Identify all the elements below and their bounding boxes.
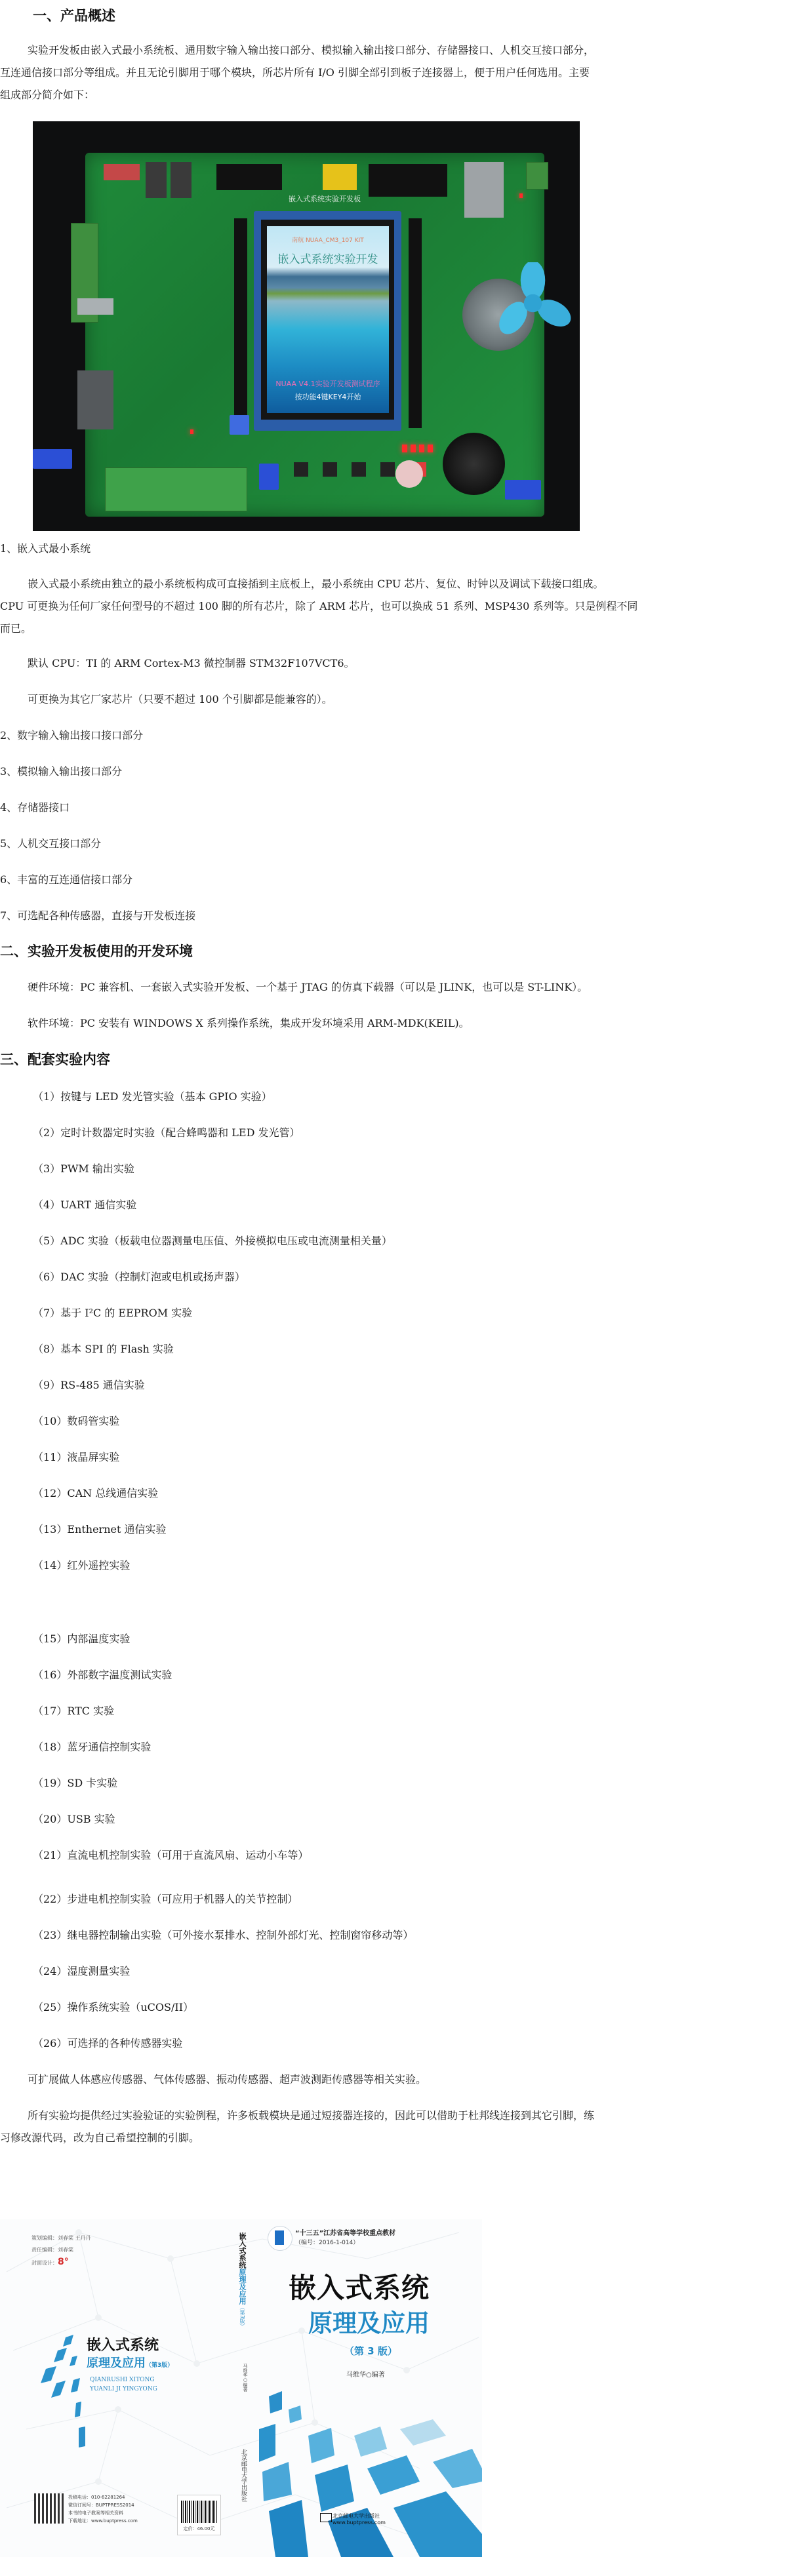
min-system-line-1: 嵌入式最小系统由独立的最小系统板构成可直接插到主底板上，最小系统由 CPU 芯片… — [28, 573, 603, 595]
editor-responsible: 责任编辑：刘春棠 — [31, 2244, 91, 2256]
spine-title-black: 嵌入式系统 — [237, 2232, 247, 2269]
back-subtitle-text: 原理及应用 — [87, 2356, 146, 2370]
power-led — [190, 429, 193, 434]
publisher-name: 北京邮电大学出版社 — [333, 2513, 386, 2520]
experiment-item: （13）Enthernet 通信实验 — [33, 1518, 167, 1541]
extension-note: 可扩展做人体感应传感器、气体传感器、振动传感器、超声波测距传感器等相关实验。 — [28, 2069, 426, 2091]
component-5: 5、人机交互接口部分 — [0, 833, 101, 855]
blue-connector-2 — [505, 480, 541, 500]
experiment-item: （7）基于 I²C 的 EEPROM 实验 — [33, 1302, 192, 1324]
terminal-block-bottom — [105, 467, 247, 511]
publisher-url: www.buptpress.com — [333, 2520, 386, 2526]
pin-header-right — [409, 218, 422, 428]
ethernet-port — [464, 162, 504, 218]
intro-line-2: 互连通信接口部分等组成。并且无论引脚用于哪个模块，所芯片所有 I/O 引脚全部引… — [0, 62, 590, 84]
experiment-item: （9）RS-485 通信实验 — [33, 1374, 145, 1397]
closing-line-2: 习修改源代码，改为自己希望控制的引脚。 — [0, 2127, 199, 2149]
screen-title: 嵌入式系统实验开发 — [267, 250, 389, 266]
design-logo: 8° — [58, 2257, 69, 2267]
experiment-item: （17）RTC 实验 — [33, 1700, 114, 1722]
experiment-item: （19）SD 卡实验 — [33, 1772, 117, 1794]
buzzer — [395, 460, 423, 488]
dev-board-photo: 南航 NUAA_CM3_107 KIT 嵌入式系统实验开发 NUAA V4.1实… — [33, 121, 580, 531]
section-heading-environment: 二、实验开发板使用的开发环境 — [0, 941, 193, 961]
contact-materials: 本书的电子教案等相关资料 — [68, 2509, 138, 2517]
min-system-line-2: CPU 可更换为任何厂家任何型号的不超过 100 脚的所有芯片，除了 ARM 芯… — [0, 595, 637, 618]
section-heading-experiments: 三、配套实验内容 — [0, 1049, 110, 1069]
jtag-header — [369, 164, 447, 197]
experiment-item: （6）DAC 实验（控制灯泡或电机或扬声器） — [33, 1266, 245, 1288]
experiment-item: （3）PWM 输出实验 — [33, 1158, 134, 1180]
led-3 — [419, 445, 424, 452]
software-env: 软件环境：PC 安装有 WINDOWS X 系列操作系统，集成开发环境采用 AR… — [28, 1012, 470, 1035]
cover-design-label: 封面设计： — [31, 2260, 58, 2266]
screen-line-1: NUAA V4.1实验开发板测试程序 — [267, 378, 389, 389]
qr-code — [34, 2493, 64, 2524]
spine-author: 马维华○编著 — [240, 2364, 248, 2392]
screen-subtitle: 南航 NUAA_CM3_107 KIT — [267, 235, 389, 244]
experiment-item: （12）CAN 总线通信实验 — [33, 1482, 158, 1505]
relay-2 — [171, 162, 192, 198]
key-1 — [294, 462, 308, 477]
spine-publisher: 北京邮电大学出版社 — [239, 2449, 247, 2502]
min-system-line-3: 而已。 — [0, 618, 31, 640]
textbook-badge-icon — [268, 2226, 293, 2251]
book-cover-image: 策划编辑：刘春棠 王丹丹 责任编辑：刘春棠 封面设计：8° 嵌入式系统 原理及应… — [0, 2219, 482, 2557]
spine-title: 嵌入式系统 原理及应用 （第3版） — [237, 2232, 249, 2329]
back-contact: 投稿电话：010-62281264 微信订阅号：BUPTPRESS2014 本书… — [68, 2493, 138, 2525]
cover-design: 封面设计：8° — [31, 2256, 91, 2269]
key-2 — [323, 462, 337, 477]
key-3 — [352, 462, 366, 477]
book-title: 嵌入式系统 — [289, 2267, 430, 2306]
experiment-item: （15）内部温度实验 — [33, 1628, 130, 1650]
pin-header-left — [234, 218, 247, 428]
usb-port — [77, 298, 113, 315]
back-edition: （第3版） — [146, 2362, 173, 2369]
contact-download: 下载地址：www.buptpress.com — [68, 2517, 138, 2525]
pinyin-line-2: YUANLI JI YINGYONG — [90, 2385, 157, 2394]
price: 定价：46.00元 — [178, 2526, 220, 2532]
back-title: 嵌入式系统 — [87, 2334, 159, 2354]
contact-wechat: 微信订阅号：BUPTPRESS2014 — [68, 2501, 138, 2509]
experiment-item: （25）操作系统实验（uCOS/II） — [33, 1996, 193, 2019]
section-heading-overview: 一、产品概述 — [33, 5, 115, 25]
back-subtitle: 原理及应用（第3版） — [87, 2354, 173, 2371]
closing-line-1: 所有实验均提供经过实验验证的实验例程，许多板载模块是通过短接器连接的，因此可以借… — [28, 2105, 594, 2127]
experiment-item: （21）直流电机控制实验（可用于直流风扇、运动小车等） — [33, 1844, 308, 1867]
status-led — [519, 193, 523, 198]
replaceable-cpu: 可更换为其它厂家芯片（只要不超过 100 个引脚都是能兼容的）。 — [28, 688, 333, 711]
pinyin-line-1: QIANRUSHI XITONG — [90, 2375, 157, 2385]
board-label: 嵌入式系统实验开发板 — [289, 193, 361, 204]
experiment-item: （16）外部数字温度测试实验 — [33, 1664, 172, 1686]
experiment-item: （22）步进电机控制实验（可应用于机器人的关节控制） — [33, 1888, 298, 1911]
experiment-item: （2）定时计数器定时实验（配合蜂鸣器和 LED 发光管） — [33, 1122, 300, 1144]
spine-title-blue: 原理及应用 — [237, 2269, 247, 2305]
experiment-item: （24）湿度测量实验 — [33, 1960, 130, 1983]
component-7: 7、可选配各种传感器，直接与开发板连接 — [0, 905, 195, 927]
component-4: 4、存储器接口 — [0, 797, 70, 819]
component-3: 3、模拟输入输出接口部分 — [0, 761, 122, 783]
series-number: （编号：2016-1-014） — [295, 2238, 359, 2246]
front-publisher: 北京邮电大学出版社 www.buptpress.com — [333, 2513, 386, 2526]
hardware-env: 硬件环境：PC 兼容机、一套嵌入式实验开发板、一个基于 JTAG 的仿真下载器（… — [28, 976, 588, 999]
fan-icon — [492, 262, 574, 344]
experiment-item: （8）基本 SPI 的 Flash 实验 — [33, 1338, 174, 1360]
experiment-item: （23）继电器控制输出实验（可外接水泵排水、控制外部灯光、控制窗帘移动等） — [33, 1924, 413, 1947]
book-subtitle: 原理及应用 — [308, 2303, 430, 2339]
led-1 — [402, 445, 407, 452]
potentiometer — [230, 415, 249, 435]
db9-connector — [77, 370, 113, 429]
back-editors: 策划编辑：刘春棠 王丹丹 责任编辑：刘春棠 封面设计：8° — [31, 2232, 91, 2269]
component-6: 6、丰富的互连通信接口部分 — [0, 869, 132, 891]
experiment-item: （5）ADC 实验（板载电位器测量电压值、外接模拟电压或电流测量相关量） — [33, 1230, 392, 1252]
lcd-screen: 南航 NUAA_CM3_107 KIT 嵌入式系统实验开发 NUAA V4.1实… — [267, 226, 389, 413]
intro-line-1: 实验开发板由嵌入式最小系统板、通用数字输入输出接口部分、模拟输入输出接口部分、存… — [28, 39, 594, 62]
book-author: 马维华○编著 — [346, 2369, 385, 2379]
speaker — [443, 433, 505, 495]
editor-planning: 策划编辑：刘春棠 王丹丹 — [31, 2232, 91, 2244]
led-4 — [428, 445, 433, 452]
experiment-item: （20）USB 实验 — [33, 1808, 115, 1831]
experiment-item: （4）UART 通信实验 — [33, 1194, 136, 1216]
component-1: 1、嵌入式最小系统 — [0, 538, 91, 560]
experiment-item: （11）液晶屏实验 — [33, 1446, 119, 1469]
experiment-item: （18）蓝牙通信控制实验 — [33, 1736, 151, 1758]
series-label: “十三五”江苏省高等学校重点教材 — [295, 2227, 395, 2237]
spine-edition: （第3版） — [237, 2305, 247, 2329]
back-pinyin: QIANRUSHI XITONG YUANLI JI YINGYONG — [90, 2375, 157, 2394]
component-2: 2、数字输入输出接口接口部分 — [0, 724, 143, 747]
experiment-item: （26）可选择的各种传感器实验 — [33, 2032, 182, 2055]
terminal-block-top-right — [526, 162, 548, 189]
default-cpu: 默认 CPU：TI 的 ARM Cortex-M3 微控制器 STM32F107… — [28, 652, 355, 675]
book-edition: （第 3 版） — [344, 2344, 397, 2358]
intro-line-3: 组成部分简介如下： — [0, 84, 94, 106]
experiment-item: （10）数码管实验 — [33, 1410, 119, 1433]
key-4 — [380, 462, 395, 477]
experiment-item: （1）按键与 LED 发光管实验（基本 GPIO 实验） — [33, 1086, 272, 1108]
experiment-item: （14）红外遥控实验 — [33, 1555, 130, 1577]
led-2 — [411, 445, 416, 452]
barcode-bars — [181, 2501, 217, 2523]
relay-1 — [146, 162, 167, 198]
contact-phone: 投稿电话：010-62281264 — [68, 2493, 138, 2501]
header-top-1 — [216, 164, 282, 190]
publisher-logo-icon — [320, 2513, 332, 2522]
dip-switch — [104, 164, 140, 180]
screen-line-2: 按功能4键KEY4开始 — [267, 391, 389, 402]
usb-cable — [33, 449, 72, 469]
blue-connector-1 — [259, 464, 279, 490]
isbn-barcode: 定价：46.00元 — [177, 2495, 221, 2535]
yellow-connector — [323, 164, 357, 190]
